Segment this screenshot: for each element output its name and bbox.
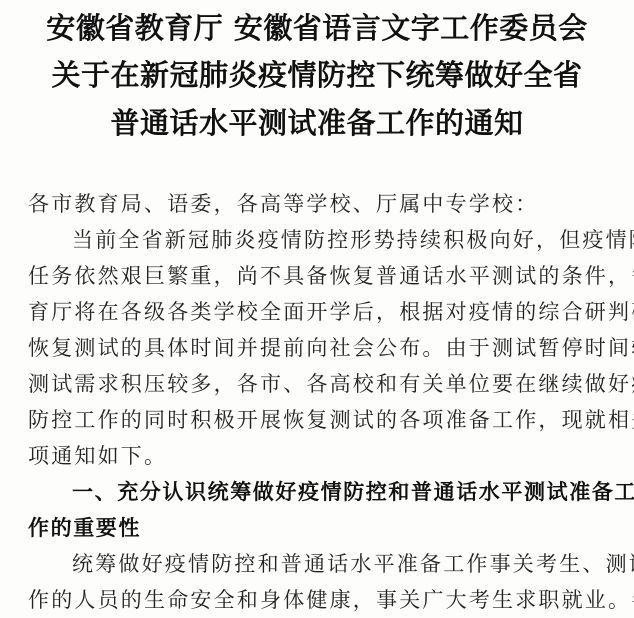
paragraph-1-line: 防控工作的同时积极开展恢复测试的各项准备工作，现就相关事 xyxy=(28,402,612,438)
paragraph-1-line: 项通知如下。 xyxy=(28,438,612,474)
paragraph-2-line: 作的人员的生命安全和身体健康，事关广大考生求职就业。各市、 xyxy=(28,582,612,618)
section-1-heading: 一、充分认识统筹做好疫情防控和普通话水平测试准备工 xyxy=(28,474,634,510)
document-title-line-1: 安徽省教育厅 安徽省语言文字工作委员会 xyxy=(0,8,634,48)
paragraph-1-line: 任务依然艰巨繁重，尚不具备恢复普通话水平测试的条件，省教 xyxy=(28,258,612,294)
paragraph-1-line: 恢复测试的具体时间并提前向社会公布。由于测试暂停时间较长， xyxy=(28,330,612,366)
paragraph-1-line: 育厅将在各级各类学校全面开学后，根据对疫情的综合研判确定 xyxy=(28,294,612,330)
document-title-line-2: 关于在新冠肺炎疫情防控下统筹做好全省 xyxy=(0,55,634,95)
section-1-heading-cont: 作的重要性 xyxy=(28,510,612,546)
document-title-line-3: 普通话水平测试准备工作的通知 xyxy=(0,103,634,143)
document-page: 安徽省教育厅 安徽省语言文字工作委员会 关于在新冠肺炎疫情防控下统筹做好全省 普… xyxy=(0,0,634,618)
paragraph-1-line: 当前全省新冠肺炎疫情防控形势持续积极向好，但疫情防控 xyxy=(28,222,634,258)
salutation: 各市教育局、语委，各高等学校、厅属中专学校： xyxy=(28,186,612,222)
paragraph-1-line: 测试需求积压较多，各市、各高校和有关单位要在继续做好疫情 xyxy=(28,366,612,402)
paragraph-2-line: 统筹做好疫情防控和普通话水平准备工作事关考生、测试工 xyxy=(28,546,634,582)
